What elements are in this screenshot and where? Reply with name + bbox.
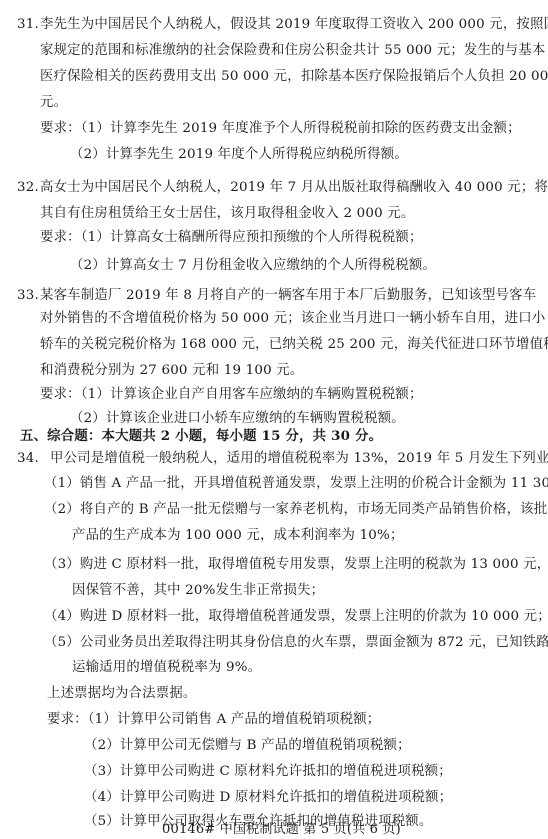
question-text-line: 李先生为中国居民个人纳税人，假设其 2019 年度取得工资收入 200 000 … [40, 16, 548, 34]
requirement-line: （4）计算甲公司购进 D 原材料允许抵扣的增值税进项税额； [84, 789, 452, 807]
question-text-line: 对外销售的不含增值税价格为 50 000 元；该企业当月进口一辆小轿车自用，进口… [40, 310, 545, 328]
question-intro: 甲公司是增值税一般纳税人，适用的增值税税率为 13%，2019 年 5 月发生下… [50, 450, 548, 468]
question-text-line: 其自有住房租赁给王女士居住，该月取得租金收入 2 000 元。 [40, 205, 414, 223]
scenario-item-continuation: 产品的生产成本为 100 000 元，成本利润率为 10%； [72, 527, 404, 545]
question-text-line: 某客车制造厂 2019 年 8 月将自产的一辆客车用于本厂后勤服务，已知该型号客… [40, 287, 536, 305]
question-text-line: 元。 [40, 94, 67, 112]
requirement-line: （2）计算高女士 7 月份租金收入应缴纳的个人所得税税额。 [70, 257, 436, 275]
scenario-item: （2）将自产的 B 产品一批无偿赠与一家养老机构，市场无同类产品销售价格，该批 [44, 501, 547, 519]
section-heading: 五、综合题：本大题共 2 小题，每小题 15 分，共 30 分。 [20, 427, 382, 445]
requirement-line: （2）计算该企业进口小轿车应缴纳的车辆购置税税额。 [70, 410, 405, 428]
requirement-line: （2）计算甲公司无偿赠与 B 产品的增值税销项税额； [84, 737, 411, 755]
scenario-item-continuation: 运输适用的增值税税率为 9%。 [72, 659, 261, 677]
requirement-line: 要求：（1）计算甲公司销售 A 产品的增值税销项税额； [47, 711, 380, 729]
question-number: 33. [17, 287, 39, 305]
question-text-line: 高女士为中国居民个人纳税人，2019 年 7 月从出版社取得稿酬收入 40 00… [40, 179, 548, 197]
question-text-line: 和消费税分别为 27 600 元和 19 100 元。 [40, 362, 303, 380]
requirement-line: （3）计算甲公司购进 C 原材料允许抵扣的增值税进项税额； [84, 763, 452, 781]
requirement-line: 要求：（1）计算高女士稿酬所得应预扣预缴的个人所得税税额； [40, 229, 423, 247]
question-text-line: 医疗保险相关的医药费用支出 50 000 元，扣除基本医疗保险报销后个人负担 2… [40, 68, 548, 86]
question-number: 32. [17, 179, 39, 197]
requirement-line: 要求：（1）计算李先生 2019 年度准予个人所得税税前扣除的医药费支出金额； [40, 120, 521, 138]
question-text-line: 轿车的关税完税价格为 168 000 元，已纳关税 25 200 元，海关代征进… [40, 336, 548, 354]
note-text: 上述票据均为合法票据。 [47, 685, 197, 703]
scenario-item: （1）销售 A 产品一批，开具增值税普通发票，发票上注明的价税合计金额为 11 … [44, 475, 548, 493]
question-text-line: 家规定的范围和标准缴纳的社会保险费和住房公积金共计 55 000 元；发生的与基… [40, 42, 545, 60]
scenario-item-continuation: 因保管不善，其中 20%发生非正常损失； [72, 582, 324, 600]
question-number: 31. [17, 16, 39, 34]
requirement-line: 要求：（1）计算该企业自产自用客车应缴纳的车辆购置税税额； [40, 386, 423, 404]
scenario-item: （4）购进 D 原材料一批，取得增值税普通发票，发票上注明的价款为 10 000… [44, 608, 548, 626]
scenario-item: （5）公司业务员出差取得注明其身份信息的火车票，票面金额为 872 元，已知铁路 [44, 634, 548, 652]
scenario-item: （3）购进 C 原材料一批，取得增值税专用发票，发票上注明的税款为 13 000… [44, 556, 548, 574]
page-footer: 00146# 中国税制试题 第 5 页(共 6 页) [162, 821, 401, 839]
question-number: 34. [17, 450, 39, 468]
requirement-line: （2）计算李先生 2019 年度个人所得税应纳税所得额。 [70, 146, 408, 164]
